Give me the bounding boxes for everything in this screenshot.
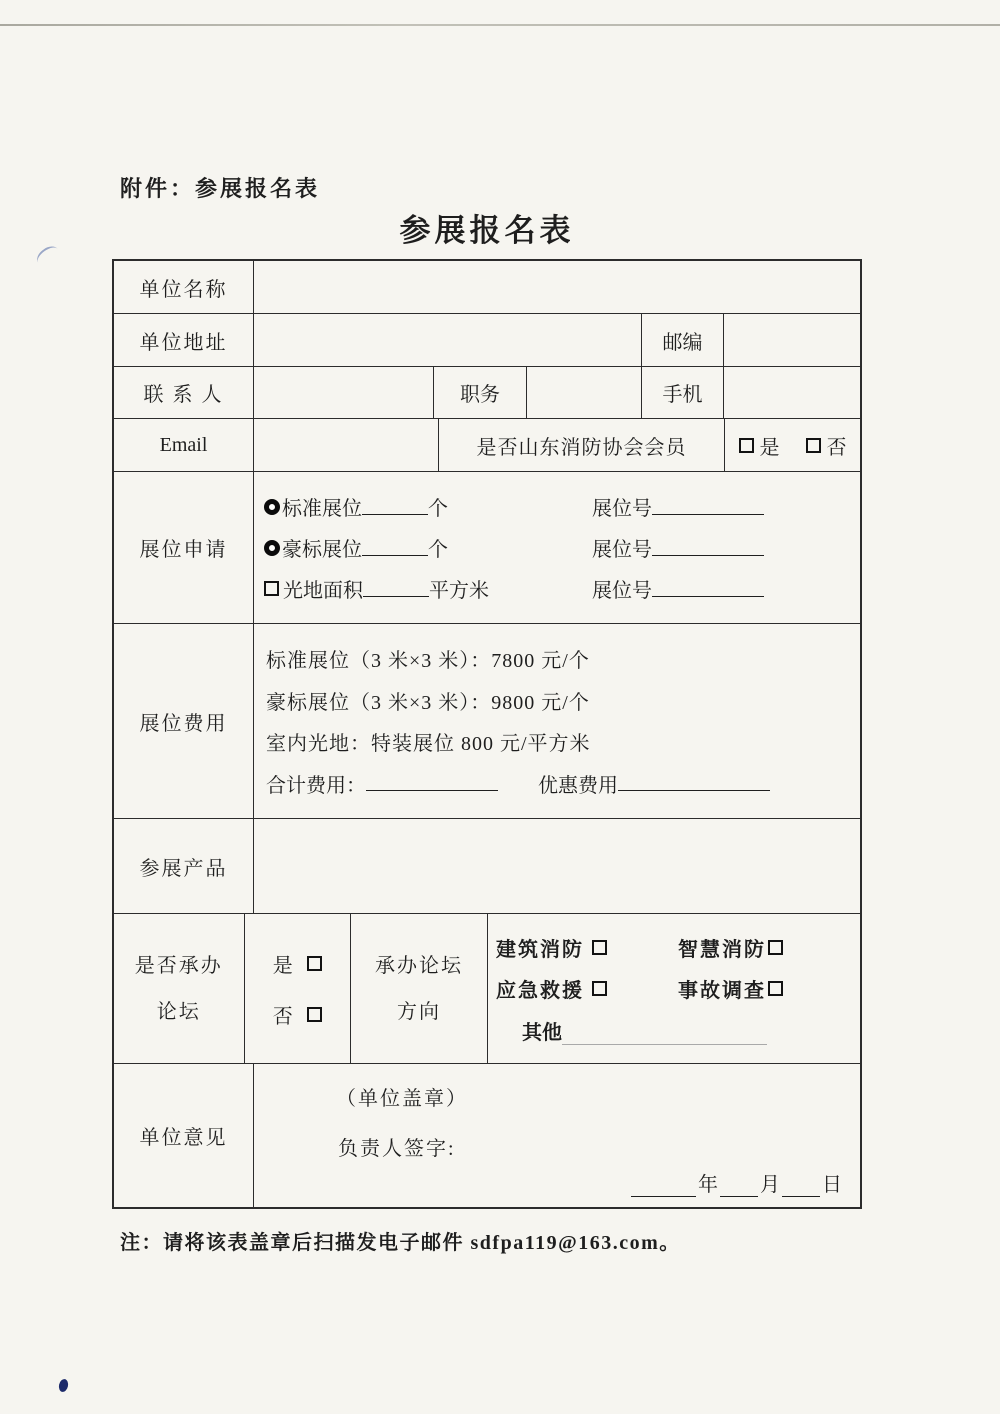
forum-other-label: 其他 (522, 1016, 562, 1045)
other-blank-line (562, 1029, 767, 1045)
forum-yes-label: 是 (273, 949, 293, 978)
booth-no-blank-line (652, 499, 764, 515)
mobile-field (724, 367, 860, 418)
position-field (527, 367, 642, 418)
pen-mark-artifact (34, 243, 63, 270)
count-blank-line (362, 499, 428, 515)
booth-no-label: 展位号 (592, 492, 652, 521)
year-blank-line (631, 1181, 696, 1197)
member-yes-checkbox-icon (739, 438, 754, 453)
sign-label: 负责人签字: (338, 1132, 456, 1161)
checkbox-icon (264, 581, 279, 596)
forum-direction-line1: 承办论坛 (375, 943, 463, 989)
booth-no-label: 展位号 (592, 533, 652, 562)
forum-label-line2: 论坛 (157, 989, 201, 1035)
checkbox-icon (768, 981, 783, 996)
booth-no-blank-line (652, 581, 764, 597)
forum-yes-no: 是 否 (245, 914, 351, 1063)
page-title: 参展报名表 (112, 205, 862, 250)
forum-option-label: 应急救援 (496, 974, 584, 1003)
fee-total-label: 合计费用： (266, 769, 366, 798)
radio-icon (264, 540, 280, 556)
area-blank-line (363, 581, 429, 597)
booth-option-text: 标准展位 (282, 492, 362, 521)
footer-note: 注：请将该表盖章后扫描发电子邮件 sdfpa119@163.com。 (120, 1226, 681, 1255)
mobile-label: 手机 (642, 367, 724, 418)
member-no-checkbox-icon (806, 438, 821, 453)
fee-total-line: 合计费用： 优惠费用 (266, 769, 860, 798)
member-yes-label: 是 (760, 431, 780, 460)
products-label: 参展产品 (114, 819, 254, 913)
contact-label: 联 系 人 (114, 367, 254, 418)
unit-address-label: 单位地址 (114, 314, 254, 366)
booth-no-blank-line (652, 540, 764, 556)
forum-direction-options: 建筑消防 智慧消防 应急救援 事故调查 其他 (488, 914, 860, 1063)
checkbox-icon (307, 1007, 322, 1022)
checkbox-icon (592, 940, 607, 955)
forum-direction-line2: 方向 (397, 989, 441, 1035)
booth-apply-label: 展位申请 (114, 472, 254, 623)
scanned-form-page: { "colors": { "paper": "#f6f5f0", "ink":… (0, 0, 1000, 1414)
forum-option-label: 事故调查 (678, 974, 766, 1003)
ink-dot-artifact (58, 1378, 70, 1393)
scan-edge-line (0, 24, 1000, 26)
radio-icon (264, 499, 280, 515)
row-opinion: 单位意见 （单位盖章） 负责人签字: 年 月 日 (114, 1064, 860, 1207)
row-unit-address: 单位地址 邮编 (114, 314, 860, 367)
forum-other-line: 其他 (522, 1016, 860, 1045)
forum-options-line1: 建筑消防 智慧消防 (496, 933, 860, 962)
membership-question: 是否山东消防协会会员 (439, 419, 725, 471)
booth-option-text: 豪标展位 (282, 533, 362, 562)
total-blank-line (366, 775, 498, 791)
row-contact: 联 系 人 职务 手机 (114, 367, 860, 419)
unit-address-field (254, 314, 642, 366)
forum-direction-label: 承办论坛 方向 (351, 914, 488, 1063)
email-field (254, 419, 439, 471)
fee-standard: 标准展位（3 米×3 米）：7800 元/个 (266, 644, 860, 673)
booth-apply-options: 标准展位 个 展位号 豪标展位 个 展位号 (254, 472, 860, 623)
unit-name-field (254, 261, 860, 313)
booth-option-standard: 标准展位 个 展位号 (264, 492, 860, 521)
row-products: 参展产品 (114, 819, 860, 914)
booth-unit-text: 个 (428, 492, 448, 521)
row-forum: 是否承办 论坛 是 否 承办论坛 方向 建筑消防 (114, 914, 860, 1064)
unit-name-label: 单位名称 (114, 261, 254, 313)
discount-blank-line (618, 775, 770, 791)
month-label: 月 (760, 1168, 780, 1197)
member-no-label: 否 (827, 431, 847, 460)
forum-yes-line: 是 (273, 949, 322, 978)
fee-raw-space: 室内光地：特装展位 800 元/平方米 (266, 727, 860, 756)
booth-fee-label: 展位费用 (114, 624, 254, 818)
registration-form-table: 单位名称 单位地址 邮编 联 系 人 职务 手机 Email 是否山东消防协会会… (112, 259, 862, 1209)
forum-no-label: 否 (273, 1000, 293, 1029)
count-blank-line (362, 540, 428, 556)
attachment-heading: 附件：参展报名表 (120, 172, 320, 203)
checkbox-icon (307, 956, 322, 971)
booth-option-text: 光地面积 (283, 574, 363, 603)
checkbox-icon (768, 940, 783, 955)
postal-code-field (724, 314, 860, 366)
booth-unit-text: 个 (428, 533, 448, 562)
forum-option-label: 建筑消防 (496, 933, 584, 962)
booth-option-deluxe: 豪标展位 个 展位号 (264, 533, 860, 562)
date-line: 年 月 日 (631, 1168, 844, 1197)
email-label: Email (114, 419, 254, 471)
row-booth-fee: 展位费用 标准展位（3 米×3 米）：7800 元/个 豪标展位（3 米×3 米… (114, 624, 860, 819)
postal-code-label: 邮编 (642, 314, 724, 366)
row-booth-apply: 展位申请 标准展位 个 展位号 豪标展位 个 (114, 472, 860, 624)
stamp-hint: （单位盖章） (336, 1082, 468, 1111)
contact-field (254, 367, 434, 418)
forum-option-label: 智慧消防 (678, 933, 766, 962)
opinion-label: 单位意见 (114, 1064, 254, 1207)
checkbox-icon (592, 981, 607, 996)
forum-no-line: 否 (273, 1000, 322, 1029)
fee-discount-label: 优惠费用 (538, 769, 618, 798)
booth-no-label: 展位号 (592, 574, 652, 603)
forum-options-line2: 应急救援 事故调查 (496, 974, 860, 1003)
fee-deluxe: 豪标展位（3 米×3 米）：9800 元/个 (266, 686, 860, 715)
products-field (254, 819, 860, 913)
day-label: 日 (822, 1168, 842, 1197)
row-email-membership: Email 是否山东消防协会会员 是 否 (114, 419, 860, 472)
booth-fee-details: 标准展位（3 米×3 米）：7800 元/个 豪标展位（3 米×3 米）：980… (254, 624, 860, 818)
booth-unit-text: 平方米 (429, 574, 489, 603)
day-blank-line (782, 1181, 820, 1197)
position-label: 职务 (434, 367, 527, 418)
opinion-field: （单位盖章） 负责人签字: 年 月 日 (254, 1064, 860, 1207)
forum-label-line1: 是否承办 (135, 943, 223, 989)
month-blank-line (720, 1181, 758, 1197)
booth-option-raw-space: 光地面积 平方米 展位号 (264, 574, 860, 603)
year-label: 年 (698, 1168, 718, 1197)
forum-label: 是否承办 论坛 (114, 914, 245, 1063)
membership-options: 是 否 (725, 419, 860, 471)
row-unit-name: 单位名称 (114, 261, 860, 314)
